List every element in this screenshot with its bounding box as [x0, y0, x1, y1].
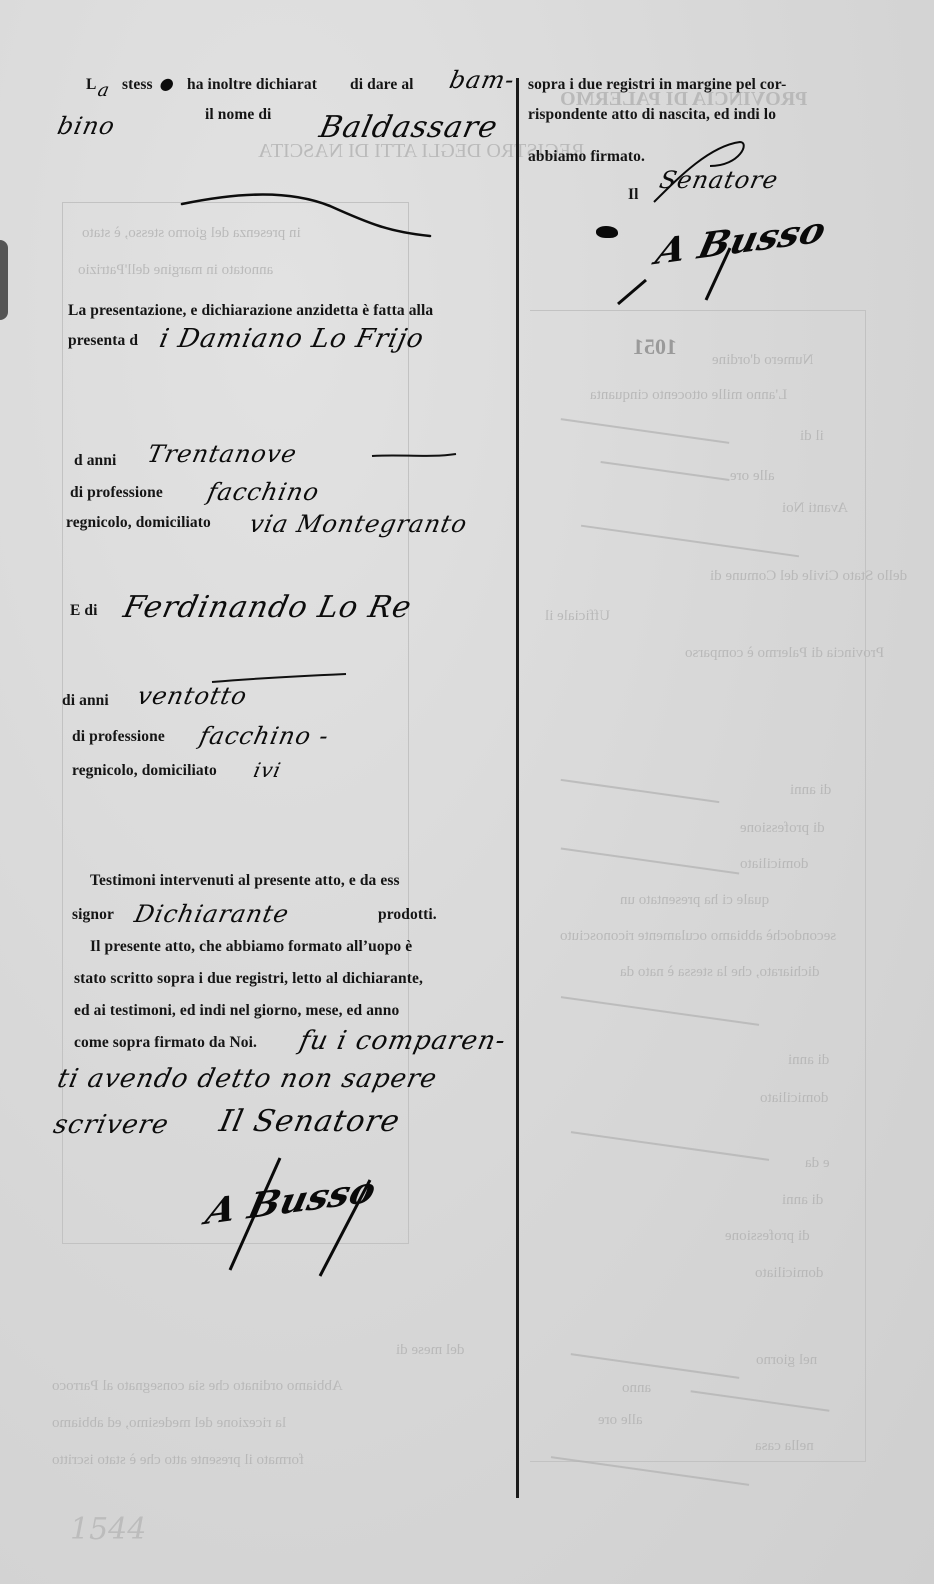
- witness1-name-handwritten: i Damiano Lo Frijo: [157, 324, 427, 354]
- handwritten-text: a: [96, 80, 112, 101]
- bleed-label: il di: [800, 428, 824, 445]
- printed-text: regnicolo, domiciliato: [72, 762, 217, 780]
- printed-text: di professione: [72, 728, 165, 746]
- witness2-domicile-handwritten: ivi: [251, 758, 283, 782]
- signature-title-handwritten: Il Senatore: [216, 1104, 403, 1139]
- bleed-label: alle ore: [730, 468, 775, 485]
- bleed-label: annotato in margine dell'Patrizio: [78, 262, 273, 279]
- annotation-handwritten: ti avendo detto non sapere: [55, 1064, 440, 1094]
- bleed-label: di professione: [725, 1228, 810, 1245]
- bleed-label: nella casa: [755, 1438, 814, 1455]
- bleed-label: L'anno mille ottocento cinquanta: [590, 387, 787, 404]
- underline-stroke: [370, 450, 460, 464]
- bleed-label: Abbiamo ordinato che sia consegnato al P…: [52, 1378, 343, 1395]
- child-name-handwritten: Baldassare: [316, 110, 501, 145]
- printed-text: E di: [70, 602, 98, 620]
- signature-stroke: [210, 1150, 410, 1280]
- bleed-label: domiciliato: [760, 1090, 828, 1107]
- printed-text: di professione: [70, 484, 163, 502]
- signature-stroke: [610, 200, 810, 310]
- testimoni-handwritten: Dichiarante: [132, 900, 292, 928]
- printed-text: prodotti.: [378, 906, 437, 924]
- bleed-label: Avanti Noi: [782, 500, 848, 517]
- printed-text: Il presente atto, che abbiamo formato al…: [90, 938, 412, 956]
- printed-text: La presentazione, e dichiarazione anzide…: [68, 302, 433, 320]
- bleed-label: la ricezione del medesimo, ed abbiamo: [52, 1415, 286, 1432]
- bleed-label: del mese di: [396, 1342, 464, 1359]
- bleed-form-box-right: [530, 310, 866, 1462]
- column-divider-line: [516, 78, 519, 1498]
- bleed-label: formato il presente atto che è stato isc…: [52, 1452, 304, 1469]
- annotation-handwritten: scrivere: [51, 1110, 172, 1140]
- printed-text: Testimoni intervenuti al presente atto, …: [90, 872, 400, 890]
- bleed-label: di anni: [788, 1052, 829, 1069]
- printed-text: presenta d: [68, 332, 138, 350]
- underline-stroke: [210, 672, 350, 688]
- bleed-label: quale ci ha presentato un: [620, 892, 769, 909]
- bleed-label: alle ore: [598, 1412, 643, 1429]
- bleed-label: di anni: [790, 782, 831, 799]
- witness1-domicile-handwritten: via Montegranto: [247, 510, 470, 538]
- bleed-label: secondochè abbiamo oculamente riconosciu…: [560, 928, 836, 945]
- bleed-label: e da: [805, 1155, 830, 1172]
- flourish-stroke: [650, 136, 750, 206]
- printed-text: signor: [72, 906, 114, 924]
- printed-text: ed ai testimoni, ed indi nel giorno, mes…: [74, 1002, 399, 1020]
- printed-text: abbiamo firmato.: [528, 148, 645, 166]
- printed-text: di dare al: [350, 76, 414, 94]
- printed-text: sopra i due registri in margine pel cor-: [528, 76, 786, 94]
- bleed-label: domiciliato: [740, 856, 808, 873]
- printed-text: L: [86, 76, 96, 94]
- printed-text: stato scritto sopra i due registri, lett…: [74, 970, 423, 988]
- handwritten-text: bino: [55, 112, 118, 140]
- flourish-stroke: [180, 188, 440, 248]
- handwritten-text: bam-: [447, 66, 517, 94]
- bleed-label: Provincia di Palermo è comparso: [685, 645, 884, 662]
- printed-text: rispondente atto di nascita, ed indi lo: [528, 106, 776, 124]
- bleed-label: Ufficiale il: [545, 608, 610, 625]
- bleed-record-number: 1051: [633, 334, 677, 360]
- handwritten-text: ●: [158, 74, 177, 93]
- witness2-profession-handwritten: facchino -: [197, 722, 332, 750]
- printed-text: di anni: [62, 692, 109, 710]
- printed-text: stess: [122, 76, 153, 94]
- bleed-label: dello Stato Civile del Comune di: [710, 568, 907, 585]
- bleed-label: di anni: [782, 1192, 823, 1209]
- bleed-label: Numero d'ordine: [712, 352, 813, 369]
- witness2-name-handwritten: Ferdinando Lo Re: [120, 590, 415, 625]
- printed-text: ha inoltre dichiarat: [187, 76, 317, 94]
- printed-text: regnicolo, domiciliato: [66, 514, 211, 532]
- binding-edge-mark: [0, 240, 8, 320]
- bleed-label: di professione: [740, 820, 825, 837]
- bleed-label: domiciliato: [755, 1265, 823, 1282]
- bleed-label: dichiarato, che la stessa è nato da: [620, 964, 820, 981]
- scanned-document-page: PROVINCIA DI PALERMO REGISTRO DEGLI ATTI…: [0, 0, 934, 1584]
- witness1-profession-handwritten: facchino: [205, 478, 322, 506]
- bleed-corner-note: 1544: [70, 1512, 146, 1547]
- witness1-age-handwritten: Trentanove: [145, 440, 300, 468]
- printed-text: come sopra firmato da Noi.: [74, 1034, 257, 1052]
- bleed-label: anno: [622, 1380, 651, 1397]
- printed-text: il nome di: [205, 106, 271, 124]
- bleed-label: nel giorno: [756, 1352, 817, 1369]
- annotation-handwritten: fu i comparen-: [297, 1026, 509, 1056]
- printed-text: d anni: [74, 452, 116, 470]
